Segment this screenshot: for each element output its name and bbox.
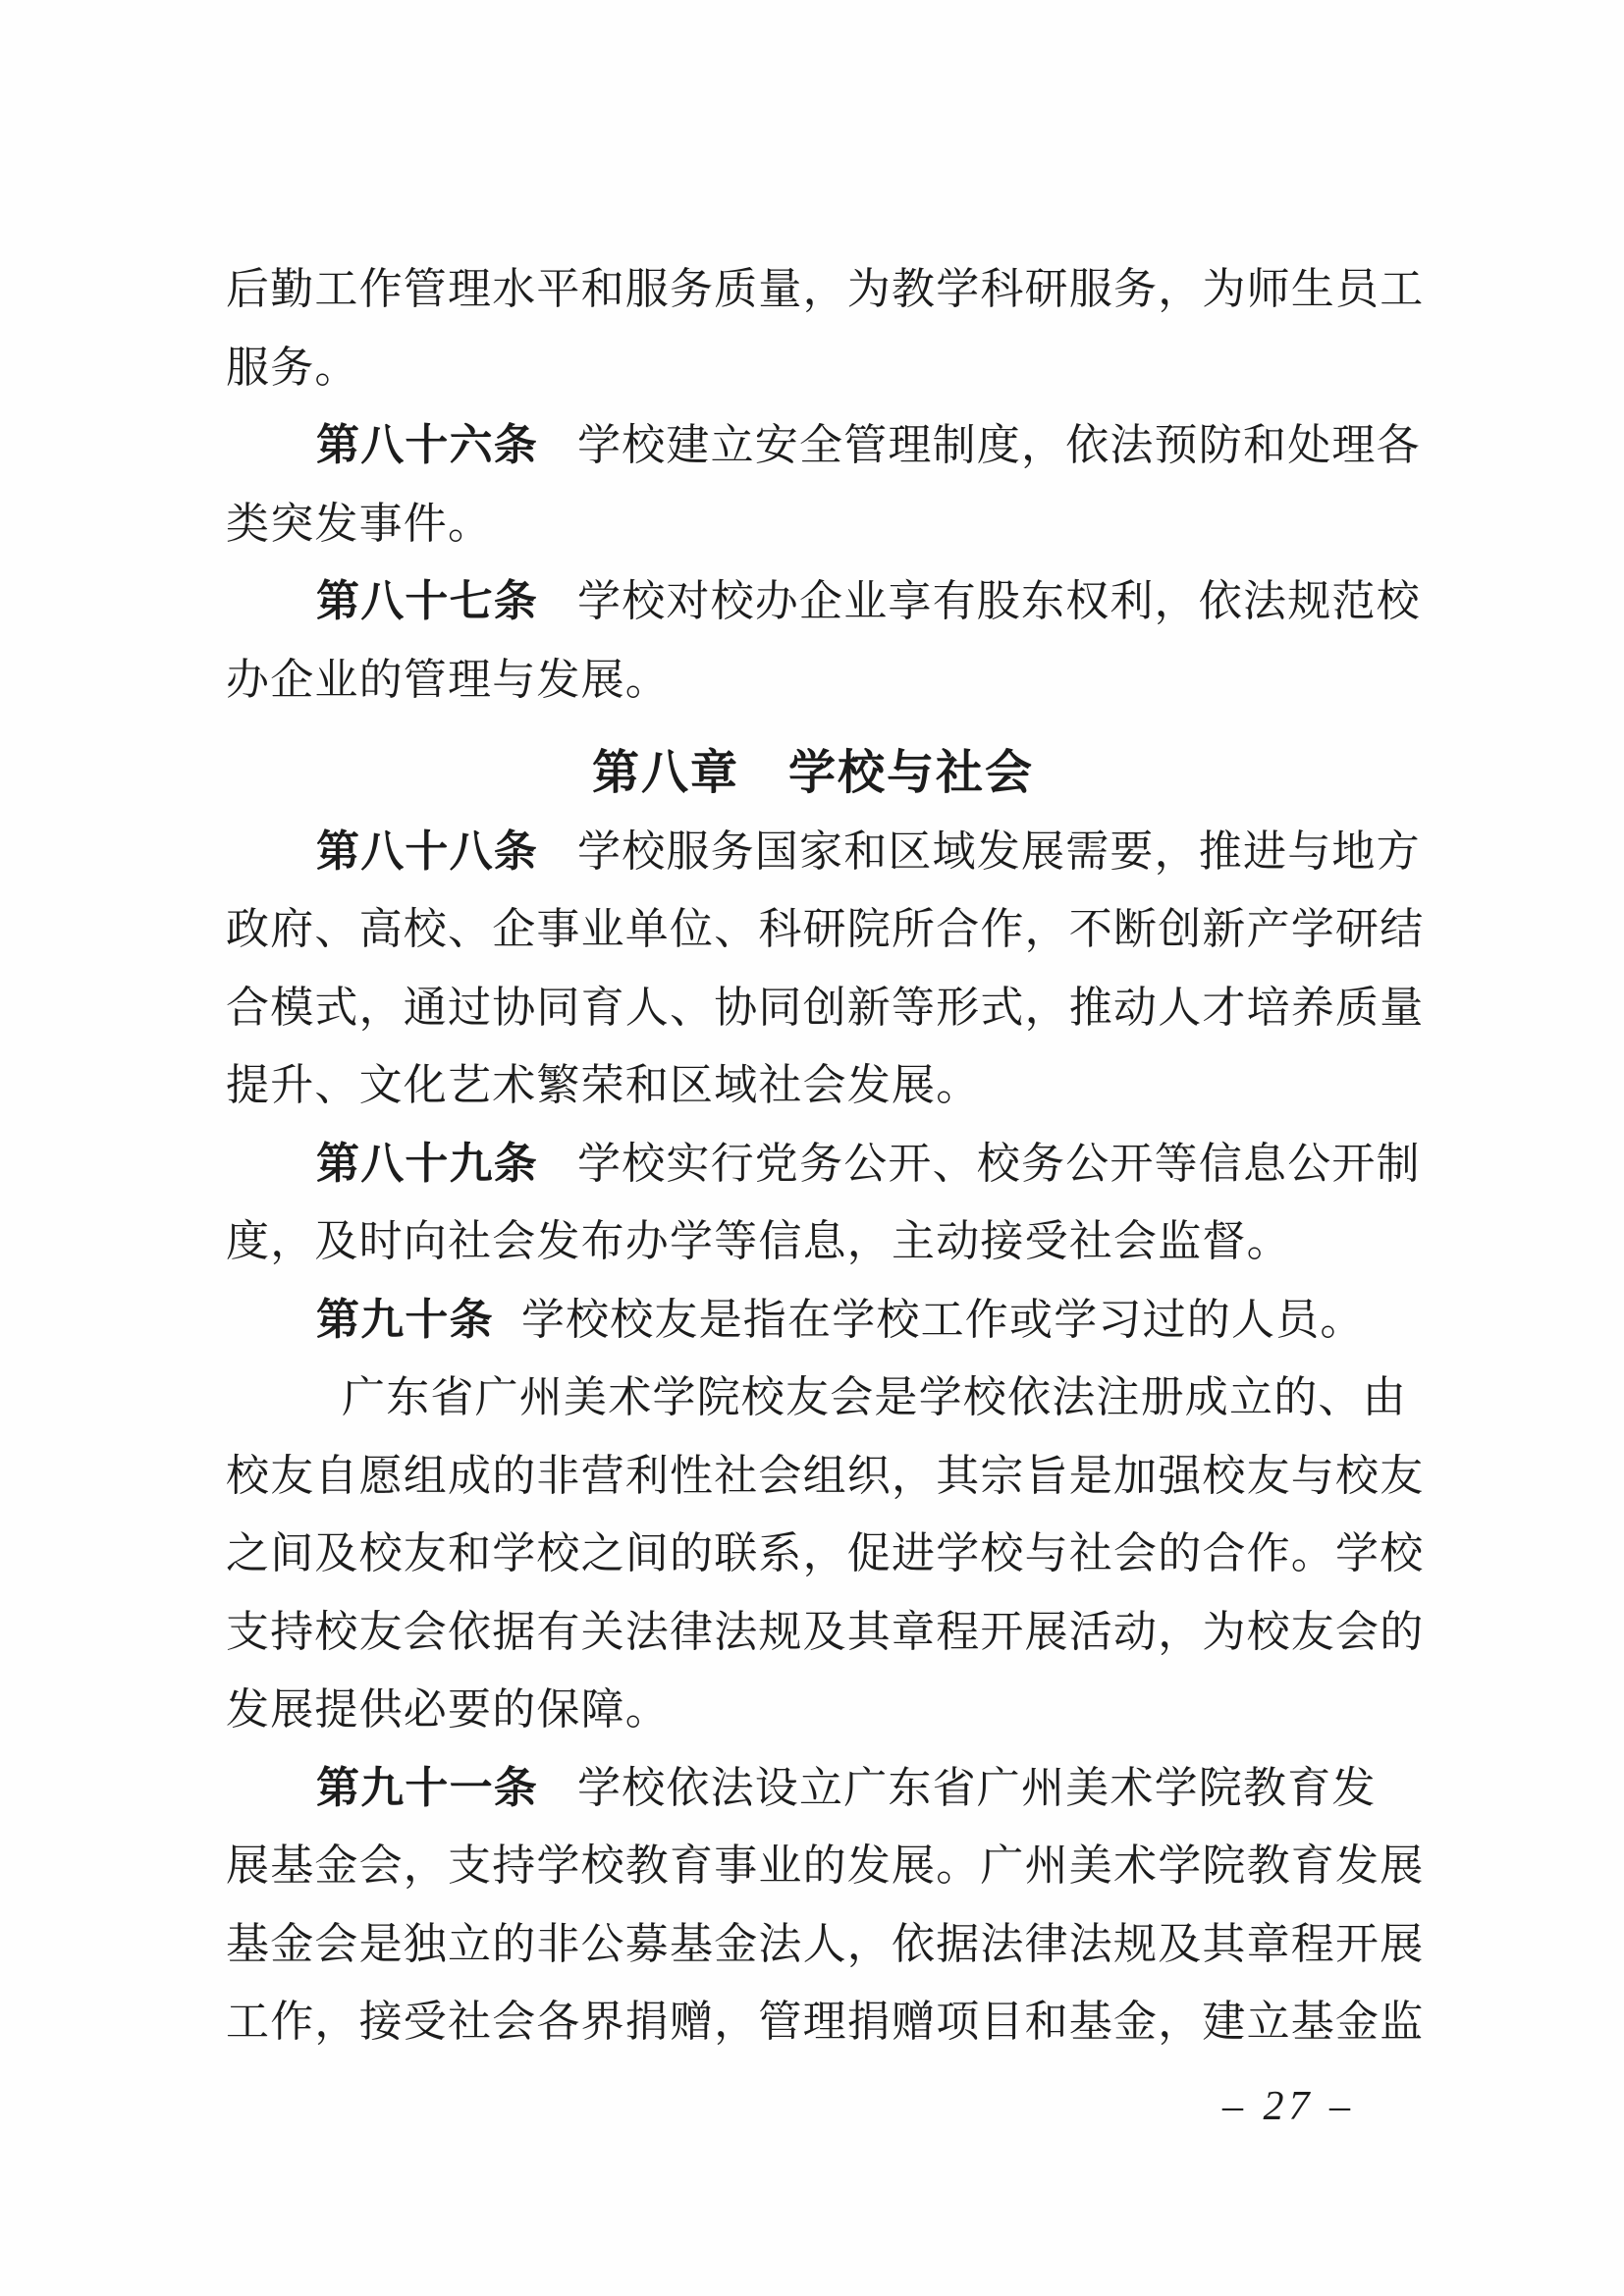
article-number-label: 第八十九条 (316, 1140, 538, 1188)
body-text: 支持校友会依据有关法律法规及其章程开展活动，为校友会的 (226, 1608, 1424, 1656)
text-line: 第八十六条学校建立安全管理制度，依法预防和处理各 (226, 406, 1428, 485)
chapter-heading: 第八章 学校与社会 (226, 734, 1428, 813)
text-block: 后勤工作管理水平和服务质量，为教学科研服务，为师生员工 服务。 第八十六条学校建… (226, 250, 1428, 2061)
text-line: 支持校友会依据有关法律法规及其章程开展活动，为校友会的 (226, 1593, 1428, 1672)
text-line: 第八十八条学校服务国家和区域发展需要，推进与地方 (226, 813, 1428, 891)
body-text: 学校对校办企业享有股东权利，依法规范校 (577, 577, 1421, 625)
text-line: 工作，接受社会各界捐赠，管理捐赠项目和基金，建立基金监 (226, 1983, 1428, 2061)
text-line: 办企业的管理与发展。 (226, 641, 1428, 720)
text-line: 校友自愿组成的非营利性社会组织，其宗旨是加强校友与校友 (226, 1437, 1428, 1516)
page-number: – 27 – (1222, 2083, 1355, 2130)
body-text: 校友自愿组成的非营利性社会组织，其宗旨是加强校友与校友 (226, 1452, 1424, 1500)
body-text: 合模式，通过协同育人、协同创新等形式，推动人才培养质量 (226, 984, 1424, 1032)
body-text: 广东省广州美术学院校友会是学校依法注册成立的、由 (342, 1373, 1407, 1421)
text-line: 广东省广州美术学院校友会是学校依法注册成立的、由 (226, 1359, 1428, 1437)
text-line: 发展提供必要的保障。 (226, 1671, 1428, 1749)
article-number-label: 第九十一条 (316, 1764, 538, 1812)
article-number-label: 第九十条 (316, 1296, 494, 1344)
article-number-label: 第八十六条 (316, 421, 538, 469)
body-text: 学校校友是指在学校工作或学习过的人员。 (521, 1296, 1365, 1344)
body-text: 提升、文化艺术繁荣和区域社会发展。 (226, 1061, 980, 1109)
body-text: 服务。 (226, 344, 359, 392)
body-text: 发展提供必要的保障。 (226, 1685, 670, 1734)
body-text: 学校依法设立广东省广州美术学院教育发 (577, 1764, 1377, 1812)
text-line: 第九十条学校校友是指在学校工作或学习过的人员。 (226, 1281, 1428, 1360)
body-text: 政府、高校、企事业单位、科研院所合作，不断创新产学研结 (226, 905, 1424, 953)
text-line: 提升、文化艺术繁荣和区域社会发展。 (226, 1046, 1428, 1125)
text-line: 第九十一条学校依法设立广东省广州美术学院教育发 (226, 1749, 1428, 1828)
text-line: 第八十九条学校实行党务公开、校务公开等信息公开制 (226, 1125, 1428, 1203)
text-line: 展基金会，支持学校教育事业的发展。广州美术学院教育发展 (226, 1827, 1428, 1905)
article-number-label: 第八十七条 (316, 577, 538, 625)
text-line: 度，及时向社会发布办学等信息，主动接受社会监督。 (226, 1202, 1428, 1281)
body-text: 之间及校友和学校之间的联系，促进学校与社会的合作。学校 (226, 1529, 1424, 1577)
body-text: 学校服务国家和区域发展需要，推进与地方 (577, 828, 1421, 876)
body-text: 学校实行党务公开、校务公开等信息公开制 (577, 1140, 1421, 1188)
body-text: 办企业的管理与发展。 (226, 656, 670, 704)
body-text: 学校建立安全管理制度，依法预防和处理各 (577, 421, 1421, 469)
article-number-label: 第八十八条 (316, 828, 538, 876)
text-line: 后勤工作管理水平和服务质量，为教学科研服务，为师生员工 (226, 250, 1428, 329)
text-line: 类突发事件。 (226, 485, 1428, 563)
document-page: 后勤工作管理水平和服务质量，为教学科研服务，为师生员工 服务。 第八十六条学校建… (0, 0, 1624, 2296)
body-text: 后勤工作管理水平和服务质量，为教学科研服务，为师生员工 (226, 265, 1424, 313)
body-text: 基金会是独立的非公募基金法人，依据法律法规及其章程开展 (226, 1920, 1424, 1968)
body-text: 类突发事件。 (226, 500, 492, 548)
text-line: 政府、高校、企事业单位、科研院所合作，不断创新产学研结 (226, 890, 1428, 969)
text-line: 之间及校友和学校之间的联系，促进学校与社会的合作。学校 (226, 1515, 1428, 1593)
text-line: 基金会是独立的非公募基金法人，依据法律法规及其章程开展 (226, 1905, 1428, 1984)
text-line: 服务。 (226, 329, 1428, 407)
body-text: 度，及时向社会发布办学等信息，主动接受社会监督。 (226, 1217, 1291, 1265)
text-line: 第八十七条学校对校办企业享有股东权利，依法规范校 (226, 562, 1428, 641)
body-text: 工作，接受社会各界捐赠，管理捐赠项目和基金，建立基金监 (226, 1998, 1424, 2046)
body-text: 展基金会，支持学校教育事业的发展。广州美术学院教育发展 (226, 1842, 1424, 1890)
text-line: 合模式，通过协同育人、协同创新等形式，推动人才培养质量 (226, 969, 1428, 1047)
